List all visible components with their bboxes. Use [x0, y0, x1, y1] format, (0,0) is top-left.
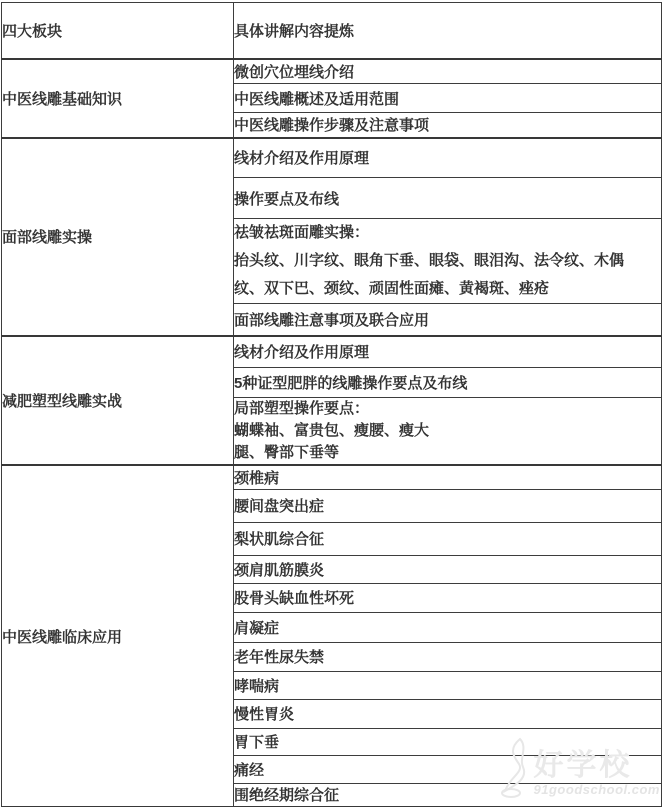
content-item: 肩凝症 — [234, 612, 662, 642]
content-item: 老年性尿失禁 — [234, 642, 662, 671]
content-item: 线材介绍及作用原理 — [234, 138, 662, 178]
table-row: 面部线雕实操 线材介绍及作用原理 — [2, 138, 662, 178]
content-line: 抬头纹、川字纹、眼角下垂、眼袋、眼泪沟、法令纹、木偶 — [234, 247, 661, 275]
content-item: 痛经 — [234, 755, 662, 783]
section-label-facial: 面部线雕实操 — [2, 138, 234, 336]
content-item: 围绝经期综合征 — [234, 783, 662, 807]
course-curriculum-table: 四大板块 具体讲解内容提炼 中医线雕基础知识 微创穴位埋线介绍 中医线雕概述及适… — [1, 2, 662, 807]
content-item: 操作要点及布线 — [234, 178, 662, 219]
column-header-sections: 四大板块 — [2, 3, 234, 59]
section-label-slimming: 减肥塑型线雕实战 — [2, 336, 234, 466]
content-line: 纹、双下巴、颈纹、顽固性面瘫、黄褐斑、痤疮 — [234, 275, 661, 303]
content-item: 面部线雕注意事项及联合应用 — [234, 304, 662, 336]
content-item: 股骨头缺血性坏死 — [234, 583, 662, 612]
section-label-clinical: 中医线雕临床应用 — [2, 465, 234, 807]
column-header-content: 具体讲解内容提炼 — [234, 3, 662, 59]
content-item: 胃下垂 — [234, 728, 662, 755]
content-item-multiline: 祛皱祛斑面雕实操： 抬头纹、川字纹、眼角下垂、眼袋、眼泪沟、法令纹、木偶 纹、双… — [234, 219, 662, 304]
content-item: 梨状肌综合征 — [234, 522, 662, 555]
content-item: 中医线雕概述及适用范围 — [234, 84, 662, 113]
section-label-basics: 中医线雕基础知识 — [2, 59, 234, 138]
table-header-row: 四大板块 具体讲解内容提炼 — [2, 3, 662, 59]
content-line: 祛皱祛斑面雕实操： — [234, 219, 661, 247]
table-row: 中医线雕基础知识 微创穴位埋线介绍 — [2, 59, 662, 84]
content-item: 颈肩肌筋膜炎 — [234, 555, 662, 583]
content-item-multiline: 局部塑型操作要点： 蝴蝶袖、富贵包、瘦腰、瘦大 腿、臀部下垂等 — [234, 398, 662, 466]
course-curriculum-page: 四大板块 具体讲解内容提炼 中医线雕基础知识 微创穴位埋线介绍 中医线雕概述及适… — [0, 0, 663, 807]
content-line: 局部塑型操作要点： — [234, 398, 661, 420]
table-row: 中医线雕临床应用 颈椎病 — [2, 465, 662, 489]
content-item: 颈椎病 — [234, 465, 662, 489]
content-item: 5种证型肥胖的线雕操作要点及布线 — [234, 368, 662, 398]
table-row: 减肥塑型线雕实战 线材介绍及作用原理 — [2, 336, 662, 368]
content-item: 哮喘病 — [234, 671, 662, 699]
content-line: 腿、臀部下垂等 — [234, 442, 661, 464]
content-item: 线材介绍及作用原理 — [234, 336, 662, 368]
content-item: 慢性胃炎 — [234, 699, 662, 728]
content-item: 腰间盘突出症 — [234, 489, 662, 522]
content-item: 微创穴位埋线介绍 — [234, 59, 662, 84]
content-item: 中医线雕操作步骤及注意事项 — [234, 113, 662, 138]
content-line: 蝴蝶袖、富贵包、瘦腰、瘦大 — [234, 420, 661, 442]
